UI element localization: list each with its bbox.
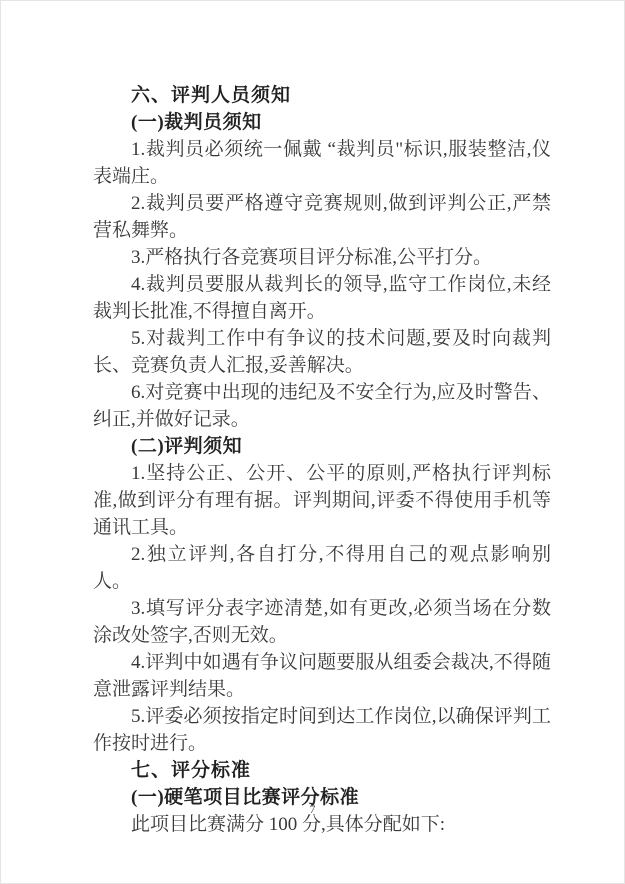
paragraph-referee-5: 5.对裁判工作中有争议的技术问题,要及时向裁判长、竞赛负责人汇报,妥善解决。 bbox=[93, 325, 551, 379]
paragraph-judging-3: 3.填写评分表字迹清楚,如有更改,必须当场在分数涂改处签字,否则无效。 bbox=[93, 595, 551, 649]
paragraph-referee-2: 2.裁判员要严格遵守竞赛规则,做到评判公正,严禁营私舞弊。 bbox=[93, 190, 551, 244]
paragraph-judging-4: 4.评判中如遇有争议问题要服从组委会裁决,不得随意泄露评判结果。 bbox=[93, 649, 551, 703]
paragraph-judging-2: 2.独立评判,各自打分,不得用自己的观点影响别人。 bbox=[93, 541, 551, 595]
paragraph-referee-6: 6.对竞赛中出现的违纪及不安全行为,应及时警告、纠正,并做好记录。 bbox=[93, 379, 551, 433]
paragraph-judging-1: 1.坚持公正、公开、公平的原则,严格执行评判标准,做到评分有理有据。评判期间,评… bbox=[93, 460, 551, 541]
document-content: 六、评判人员须知 (一)裁判员须知 1.裁判员必须统一佩戴 “裁判员"标识,服装… bbox=[93, 82, 551, 838]
document-page: 六、评判人员须知 (一)裁判员须知 1.裁判员必须统一佩戴 “裁判员"标识,服装… bbox=[0, 0, 625, 884]
paragraph-referee-3: 3.严格执行各竞赛项目评分标准,公平打分。 bbox=[93, 244, 551, 271]
section-heading-scoring-standard: 七、评分标准 bbox=[93, 757, 551, 784]
paragraph-referee-1: 1.裁判员必须统一佩戴 “裁判员"标识,服装整洁,仪表端庄。 bbox=[93, 136, 551, 190]
subsection-heading-referee-notice: (一)裁判员须知 bbox=[93, 109, 551, 136]
subsection-heading-judging-notice: (二)评判须知 bbox=[93, 433, 551, 460]
paragraph-referee-4: 4.裁判员要服从裁判长的领导,监守工作岗位,未经裁判长批准,不得擅自离开。 bbox=[93, 271, 551, 325]
section-heading-judge-personnel: 六、评判人员须知 bbox=[93, 82, 551, 109]
page-number: 7 bbox=[1, 802, 624, 817]
paragraph-judging-5: 5.评委必须按指定时间到达工作岗位,以确保评判工作按时进行。 bbox=[93, 703, 551, 757]
